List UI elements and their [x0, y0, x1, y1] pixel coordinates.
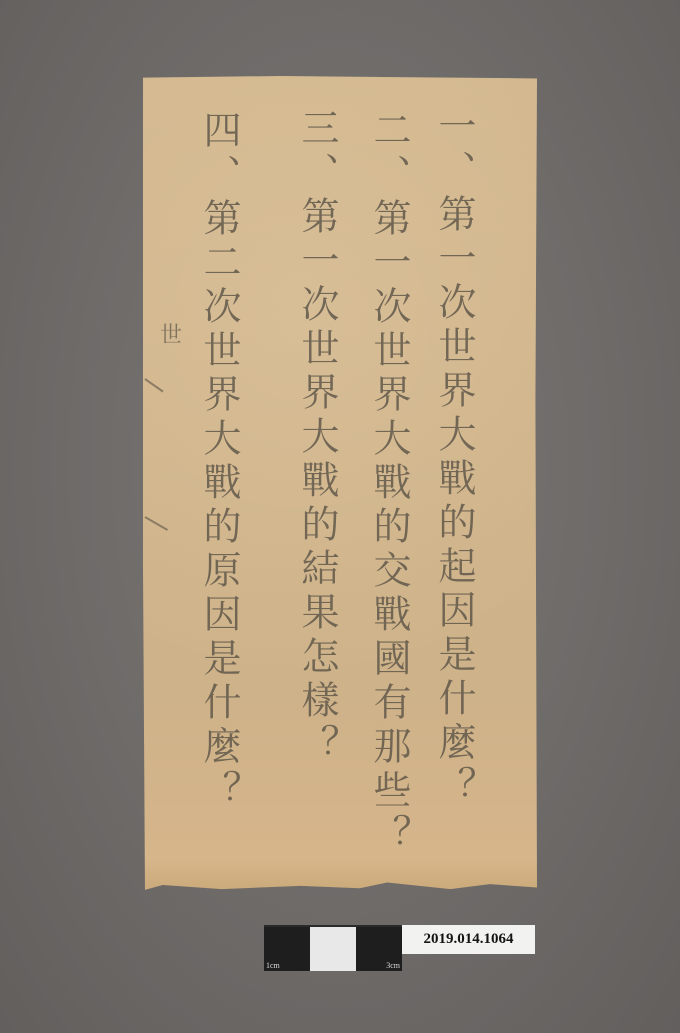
- question-1-text: 第一次世界大戰的起因是什麼？: [432, 194, 476, 810]
- question-4: 四、第二次世界大戰的原因是什麼？: [200, 110, 238, 814]
- question-3-text: 第一次世界大戰的結果怎樣？: [295, 196, 339, 768]
- scale-label-1cm: 1cm: [266, 961, 280, 970]
- scale-bar: 1cm 3cm: [264, 925, 402, 971]
- question-4-text: 第二次世界大戰的原因是什麼？: [197, 198, 241, 814]
- margin-note: 世: [160, 318, 182, 349]
- question-2-number: 二、: [367, 110, 411, 198]
- question-4-number: 四、: [197, 110, 241, 198]
- accession-number-label: 2019.014.1064: [402, 925, 535, 954]
- question-3-number: 三、: [295, 108, 339, 196]
- scale-segment-black: 1cm: [264, 927, 310, 971]
- question-1-number: 一、: [432, 106, 476, 194]
- scale-segment-black: 3cm: [356, 927, 402, 971]
- scale-label-3cm: 3cm: [386, 961, 400, 970]
- question-3: 三、第一次世界大戰的結果怎樣？: [298, 108, 336, 768]
- question-1: 一、第一次世界大戰的起因是什麼？: [435, 106, 473, 810]
- question-2: 二、第一次世界大戰的交戰國有那些？: [370, 110, 408, 858]
- scale-segment-white: [310, 927, 356, 971]
- question-2-text: 第一次世界大戰的交戰國有那些？: [367, 198, 411, 858]
